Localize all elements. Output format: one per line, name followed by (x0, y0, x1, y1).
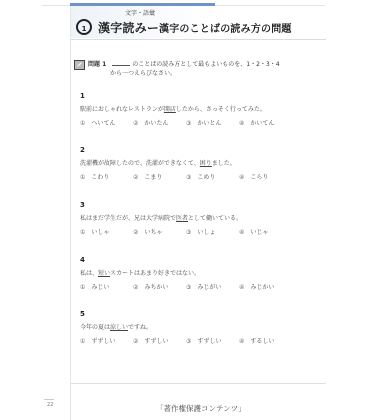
choice-list: ①みじい②みちかい③みじがい④みじかい (80, 282, 320, 291)
choice-text: みちかい (144, 284, 168, 291)
page-number-rule (44, 399, 54, 400)
choice-number: ④ (239, 174, 244, 181)
choice-number: ③ (186, 284, 191, 291)
choice-number: ① (80, 229, 85, 236)
section-number-badge: 1 (76, 19, 92, 35)
sentence-after: として働いている。 (188, 215, 242, 222)
sentence-before: 洗濯機が故障したので、洗濯ができなくて、 (80, 160, 200, 167)
answer-choice[interactable]: ①ずずしい (80, 336, 133, 345)
answer-choice[interactable]: ①みじい (80, 282, 133, 291)
target-word: 開店 (164, 106, 176, 113)
question-item: 2洗濯機が故障したので、洗濯ができなくて、困りました。①こわり②こまり③こめり④… (80, 146, 320, 181)
sentence-after: ました。 (212, 160, 236, 167)
choice-number: ④ (239, 338, 244, 345)
target-word: 涼しい (110, 324, 128, 331)
question-number: 4 (80, 256, 320, 264)
choice-number: ② (133, 120, 138, 127)
choice-text: いじゃ (250, 229, 268, 236)
choice-text: へいてん (91, 120, 115, 127)
question-sentence: 今年の夏は涼しいですね。 (80, 322, 320, 331)
choice-number: ① (80, 174, 85, 181)
title-main: 漢字読み (98, 21, 147, 35)
choice-list: ①ずずしい②すずしい③すずしい④するしい (80, 336, 320, 345)
choice-list: ①こわり②こまり③こめり④こらり (80, 172, 320, 181)
choice-text: いしゃ (91, 229, 109, 236)
choice-text: みじがい (197, 284, 221, 291)
choice-text: いしょ (197, 229, 215, 236)
answer-choice[interactable]: ④かいてん (239, 118, 292, 127)
margin-line (70, 6, 71, 420)
choice-text: ずずしい (91, 338, 115, 345)
page-title: 漢字読みー漢字のことばの読み方の問題 (98, 19, 292, 36)
target-word: 困り (200, 160, 212, 167)
choice-number: ② (133, 284, 138, 291)
copyright-notice: 「著作権保護コンテンツ」 (156, 403, 246, 414)
choice-text: かいたん (144, 120, 168, 127)
answer-choice[interactable]: ①へいてん (80, 118, 133, 127)
choice-text: こまり (144, 174, 162, 181)
question-item: 5今年の夏は涼しいですね。①ずずしい②すずしい③すずしい④するしい (80, 310, 320, 345)
choice-text: すずしい (197, 338, 221, 345)
choice-number: ① (80, 120, 85, 127)
answer-choice[interactable]: ②かいたん (133, 118, 186, 127)
choice-number: ② (133, 338, 138, 345)
answer-choice[interactable]: ③かいとん (186, 118, 239, 127)
question-sentence: 洗濯機が故障したので、洗濯ができなくて、困りました。 (80, 158, 320, 167)
choice-number: ② (133, 174, 138, 181)
choice-text: いちゃ (144, 229, 162, 236)
answer-choice[interactable]: ①いしゃ (80, 227, 133, 236)
blank-line (112, 65, 130, 66)
answer-choice[interactable]: ③いしょ (186, 227, 239, 236)
target-word: 短い (98, 270, 110, 277)
target-word: 医者 (176, 215, 188, 222)
title-dash: ー (147, 21, 159, 35)
question-sentence: 私は、短いスカートはあまり好きではない。 (80, 268, 320, 277)
answer-choice[interactable]: ①こわり (80, 172, 133, 181)
question-item: 3私はまだ学生だが、兄は大学病院で医者として働いている。①いしゃ②いちゃ③いしょ… (80, 201, 320, 236)
sentence-before: 今年の夏は (80, 324, 110, 331)
instruction-label: 問題 1 (88, 61, 106, 68)
choice-number: ④ (239, 229, 244, 236)
choice-text: するしい (250, 338, 274, 345)
answer-choice[interactable]: ④みじかい (239, 282, 292, 291)
sentence-before: 駅前におしゃれなレストランが (80, 106, 164, 113)
question-number: 5 (80, 310, 320, 318)
question-sentence: 私はまだ学生だが、兄は大学病院で医者として働いている。 (80, 213, 320, 222)
question-item: 4私は、短いスカートはあまり好きではない。①みじい②みちかい③みじがい④みじかい (80, 256, 320, 291)
choice-text: かいとん (197, 120, 221, 127)
choice-text: こめり (197, 174, 215, 181)
answer-choice[interactable]: ④するしい (239, 336, 292, 345)
page-number: 22 (47, 402, 53, 408)
choice-text: かいてん (250, 120, 274, 127)
choice-text: こわり (91, 174, 109, 181)
choice-list: ①いしゃ②いちゃ③いしょ④いじゃ (80, 227, 320, 236)
choice-number: ③ (186, 174, 191, 181)
choice-text: こらり (250, 174, 268, 181)
answer-choice[interactable]: ②すずしい (133, 336, 186, 345)
title-divider (71, 39, 326, 40)
question-number: 1 (80, 92, 320, 100)
sentence-after: したから、さっそく行ってみた。 (176, 106, 266, 113)
answer-choice[interactable]: ③みじがい (186, 282, 239, 291)
category-label: 文字・語彙 (125, 8, 155, 17)
sentence-after: ですね。 (128, 324, 152, 331)
question-number: 3 (80, 201, 320, 209)
answer-choice[interactable]: ②みちかい (133, 282, 186, 291)
question-item: 1駅前におしゃれなレストランが開店したから、さっそく行ってみた。①へいてん②かい… (80, 92, 320, 127)
choice-number: ④ (239, 120, 244, 127)
instruction-header: 問題 1のことばの読み方として最もよいものを、1・2・3・4 (74, 59, 280, 70)
choice-number: ③ (186, 338, 191, 345)
choice-text: みじい (91, 284, 109, 291)
instruction-text-line2: から一つえらびなさい。 (110, 68, 176, 77)
answer-choice[interactable]: ④こらり (239, 172, 292, 181)
sentence-after: スカートはあまり好きではない。 (110, 270, 200, 277)
choice-number: ③ (186, 229, 191, 236)
title-sub: 漢字のことばの読み方の問題 (159, 24, 292, 35)
choice-number: ② (133, 229, 138, 236)
pencil-icon (74, 60, 85, 70)
answer-choice[interactable]: ③こめり (186, 172, 239, 181)
choice-number: ① (80, 284, 85, 291)
question-number: 2 (80, 146, 320, 154)
answer-choice[interactable]: ②いちゃ (133, 227, 186, 236)
answer-choice[interactable]: ④いじゃ (239, 227, 292, 236)
choice-list: ①へいてん②かいたん③かいとん④かいてん (80, 118, 320, 127)
choice-number: ① (80, 338, 85, 345)
question-sentence: 駅前におしゃれなレストランが開店したから、さっそく行ってみた。 (80, 104, 320, 113)
answer-choice[interactable]: ③すずしい (186, 336, 239, 345)
instruction-text: のことばの読み方として最もよいものを、1・2・3・4 (132, 61, 279, 68)
choice-text: みじかい (250, 284, 274, 291)
accent-bar (70, 3, 215, 6)
answer-choice[interactable]: ②こまり (133, 172, 186, 181)
sentence-before: 私はまだ学生だが、兄は大学病院で (80, 215, 176, 222)
choice-number: ③ (186, 120, 191, 127)
choice-number: ④ (239, 284, 244, 291)
choice-text: すずしい (144, 338, 168, 345)
bottom-divider (71, 383, 326, 384)
sentence-before: 私は、 (80, 270, 98, 277)
